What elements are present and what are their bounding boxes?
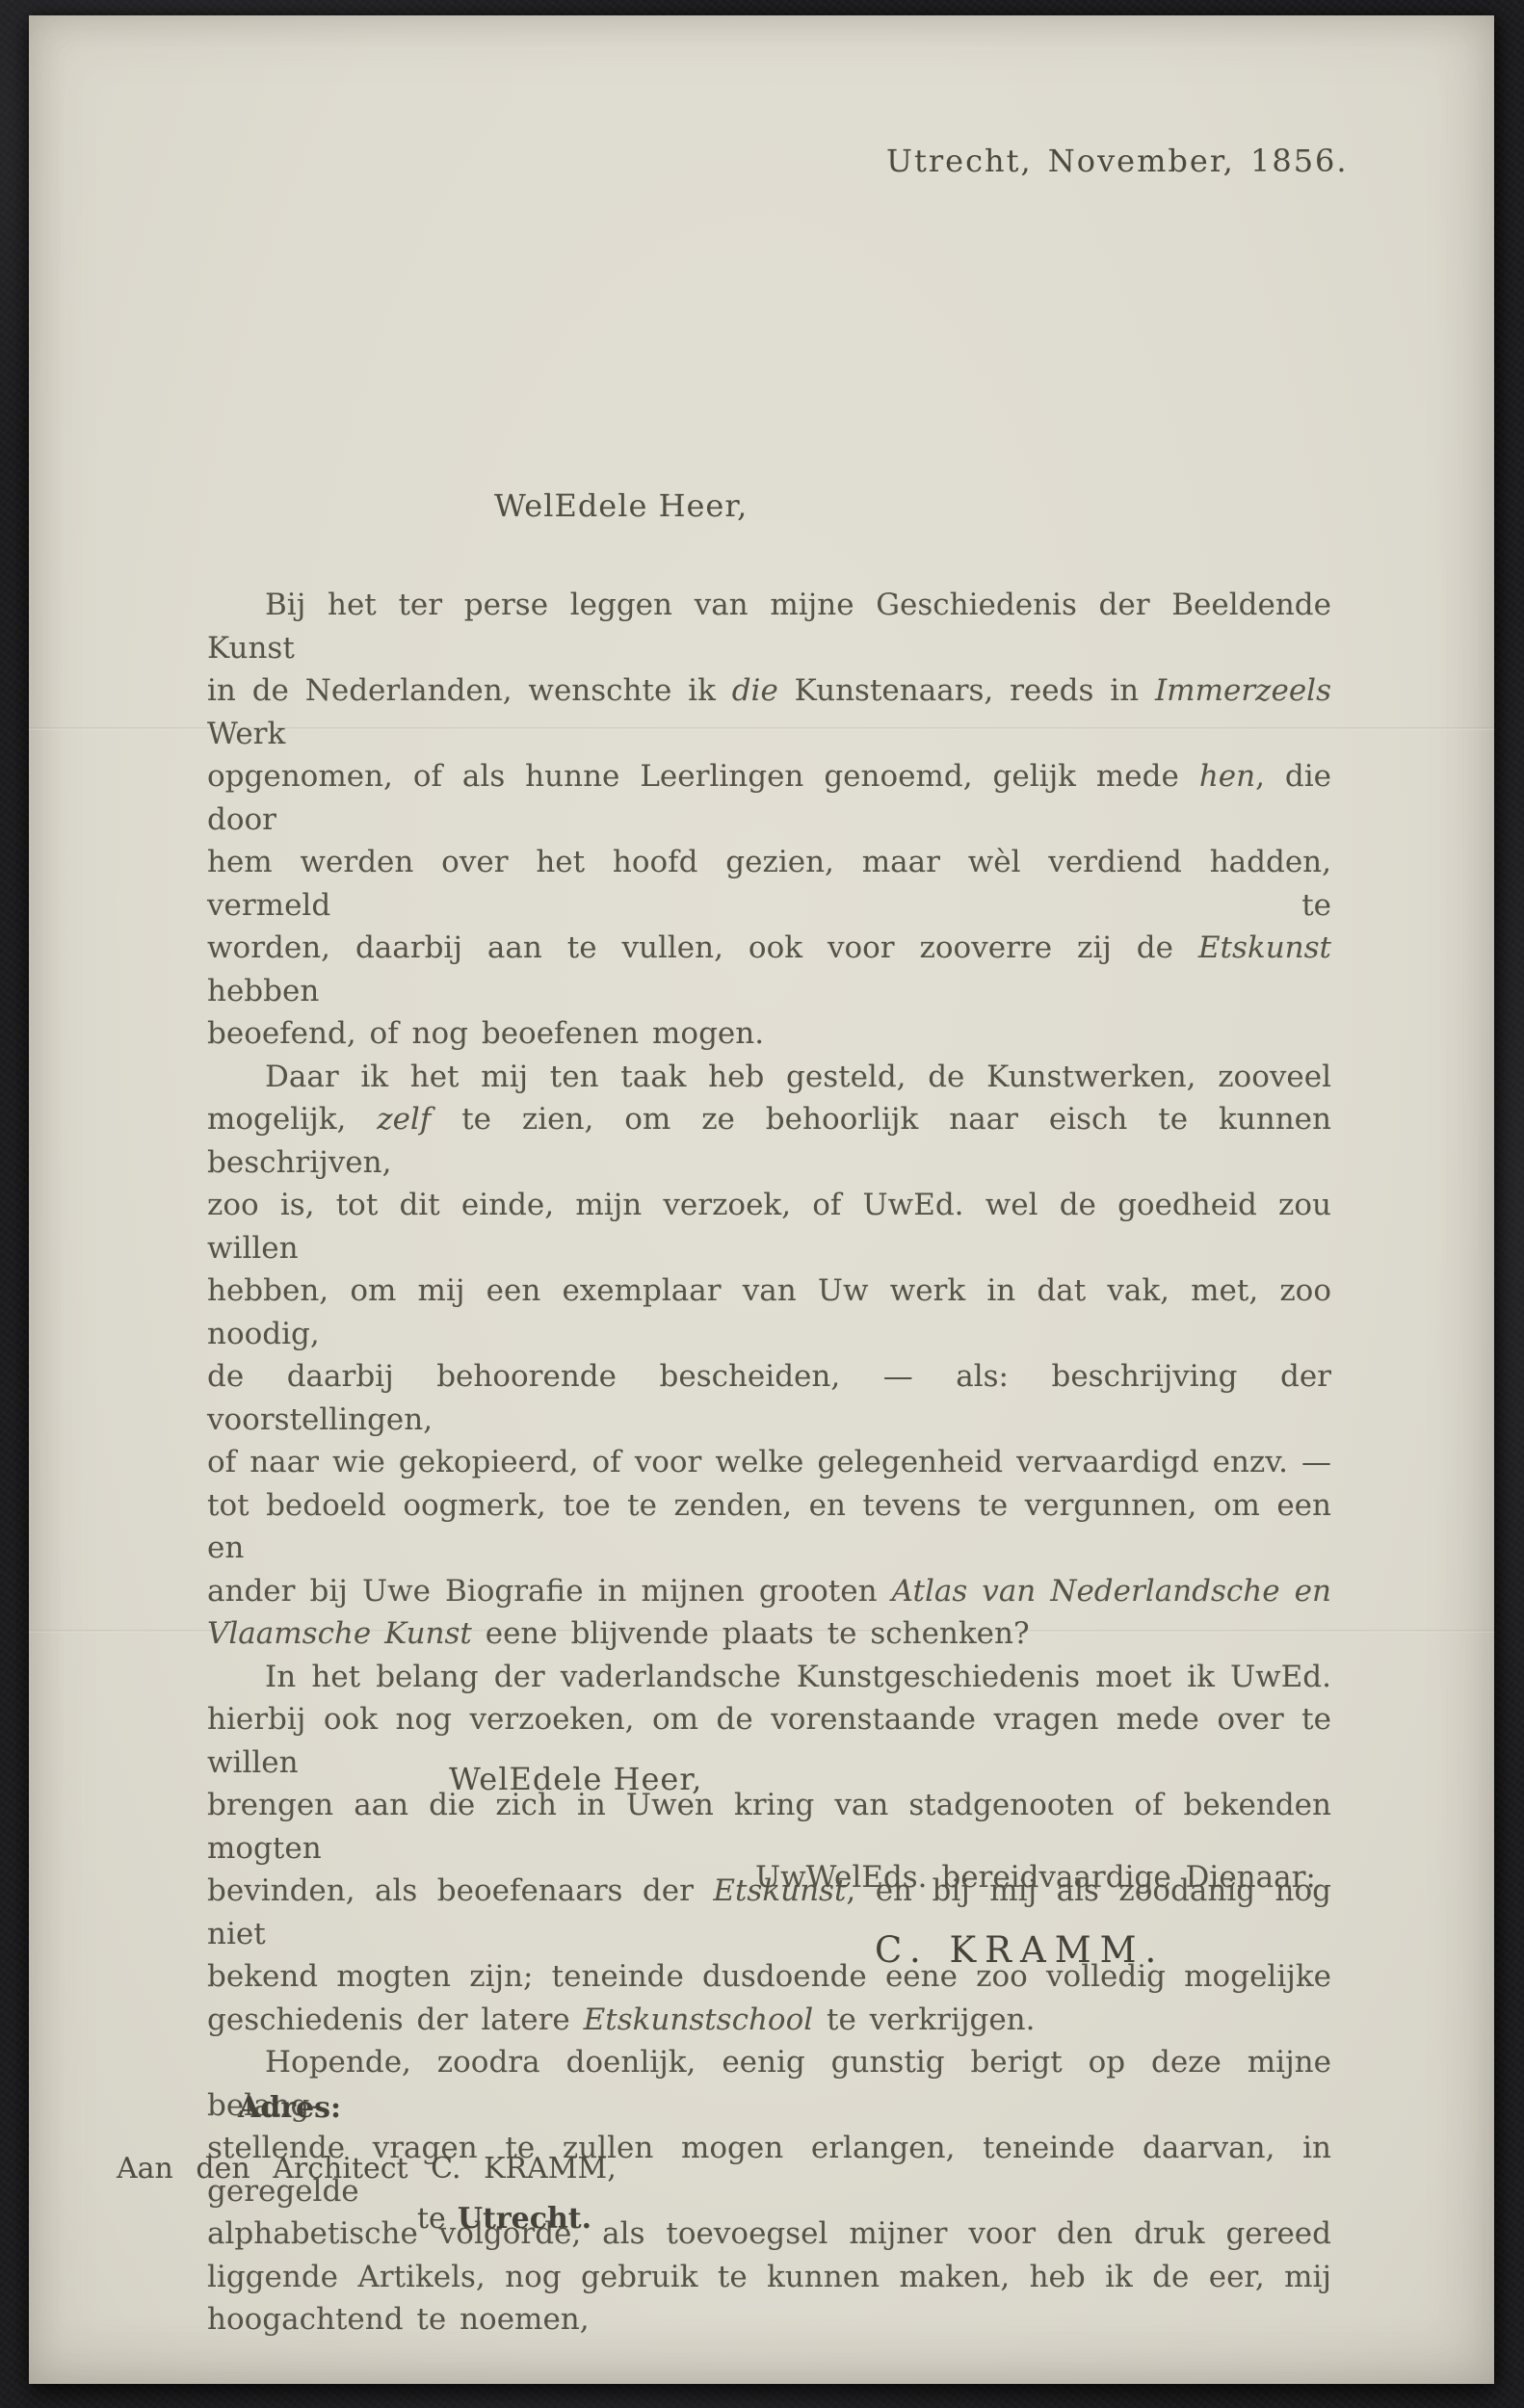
address-place: Utrecht. [458,2202,591,2236]
letter-body: Bij het ter perse leggen van mijne Gesch… [207,584,1331,2342]
address-line: teUtrecht. [417,2202,591,2236]
paragraph: Hopende, zoodra doenlijk, eenig gunstig … [207,2041,1331,2342]
body-line: Bij het ter perse leggen van mijne Gesch… [207,584,1331,669]
body-line: of naar wie gekopieerd, of voor welke ge… [207,1441,1331,1484]
paragraph: Bij het ter perse leggen van mijne Gesch… [207,584,1331,1056]
body-line: Daar ik het mij ten taak heb gesteld, de… [207,1056,1331,1099]
body-line: Vlaamsche Kunst eene blijvende plaats te… [207,1612,1331,1656]
body-line: hebben, om mij een exemplaar van Uw werk… [207,1269,1331,1355]
body-line: beoefend, of nog beoefenen mogen. [207,1012,1331,1056]
body-line: hierbij ook nog verzoeken, om de vorenst… [207,1698,1331,1784]
valediction: UwWelEds. bereidvaardige Dienaar: [755,1860,1316,1895]
document-page: Utrecht, November, 1856. WelEdele Heer, … [29,15,1494,2384]
scan-background: Utrecht, November, 1856. WelEdele Heer, … [0,0,1524,2408]
body-line: geschiedenis der latere Etskunstschool t… [207,1999,1331,2042]
body-line: hoogachtend te noemen, [207,2298,1331,2342]
body-line: brengen aan die zich in Uwen kring van s… [207,1784,1331,1870]
body-line: liggende Artikels, nog gebruik te kunnen… [207,2256,1331,2299]
body-line: Hopende, zoodra doenlijk, eenig gunstig … [207,2041,1331,2127]
body-line: zoo is, tot dit einde, mijn verzoek, of … [207,1184,1331,1269]
paragraph: In het belang der vaderlandsche Kunstges… [207,1656,1331,2042]
body-line: worden, daarbij aan te vullen, ook voor … [207,927,1331,1012]
body-line: de daarbij behoorende bescheiden, — als:… [207,1355,1331,1441]
body-line: alphabetische volgorde, als toevoegsel m… [207,2212,1331,2256]
paragraph: Daar ik het mij ten taak heb gesteld, de… [207,1056,1331,1656]
body-line: tot bedoeld oogmerk, toe te zenden, en t… [207,1484,1331,1570]
body-line: in de Nederlanden, wenschte ik die Kunst… [207,669,1331,755]
body-line: In het belang der vaderlandsche Kunstges… [207,1656,1331,1699]
address-place-prefix: te [417,2202,446,2236]
address-label: Adres: [238,2091,341,2125]
body-line: mogelijk, zelf te zien, om ze behoorlijk… [207,1098,1331,1184]
salutation: WelEdele Heer, [494,487,748,524]
body-line: ander bij Uwe Biografie in mijnen groote… [207,1570,1331,1613]
closing-salutation: WelEdele Heer, [449,1761,702,1797]
signature: C. KRAMM. [875,1929,1165,1971]
address-line: Aan den Architect C. KRAMM, [117,2152,617,2186]
dateline: Utrecht, November, 1856. [886,143,1349,179]
body-line: hem werden over het hoofd gezien, maar w… [207,841,1331,927]
body-line: opgenomen, of als hunne Leerlingen genoe… [207,755,1331,841]
